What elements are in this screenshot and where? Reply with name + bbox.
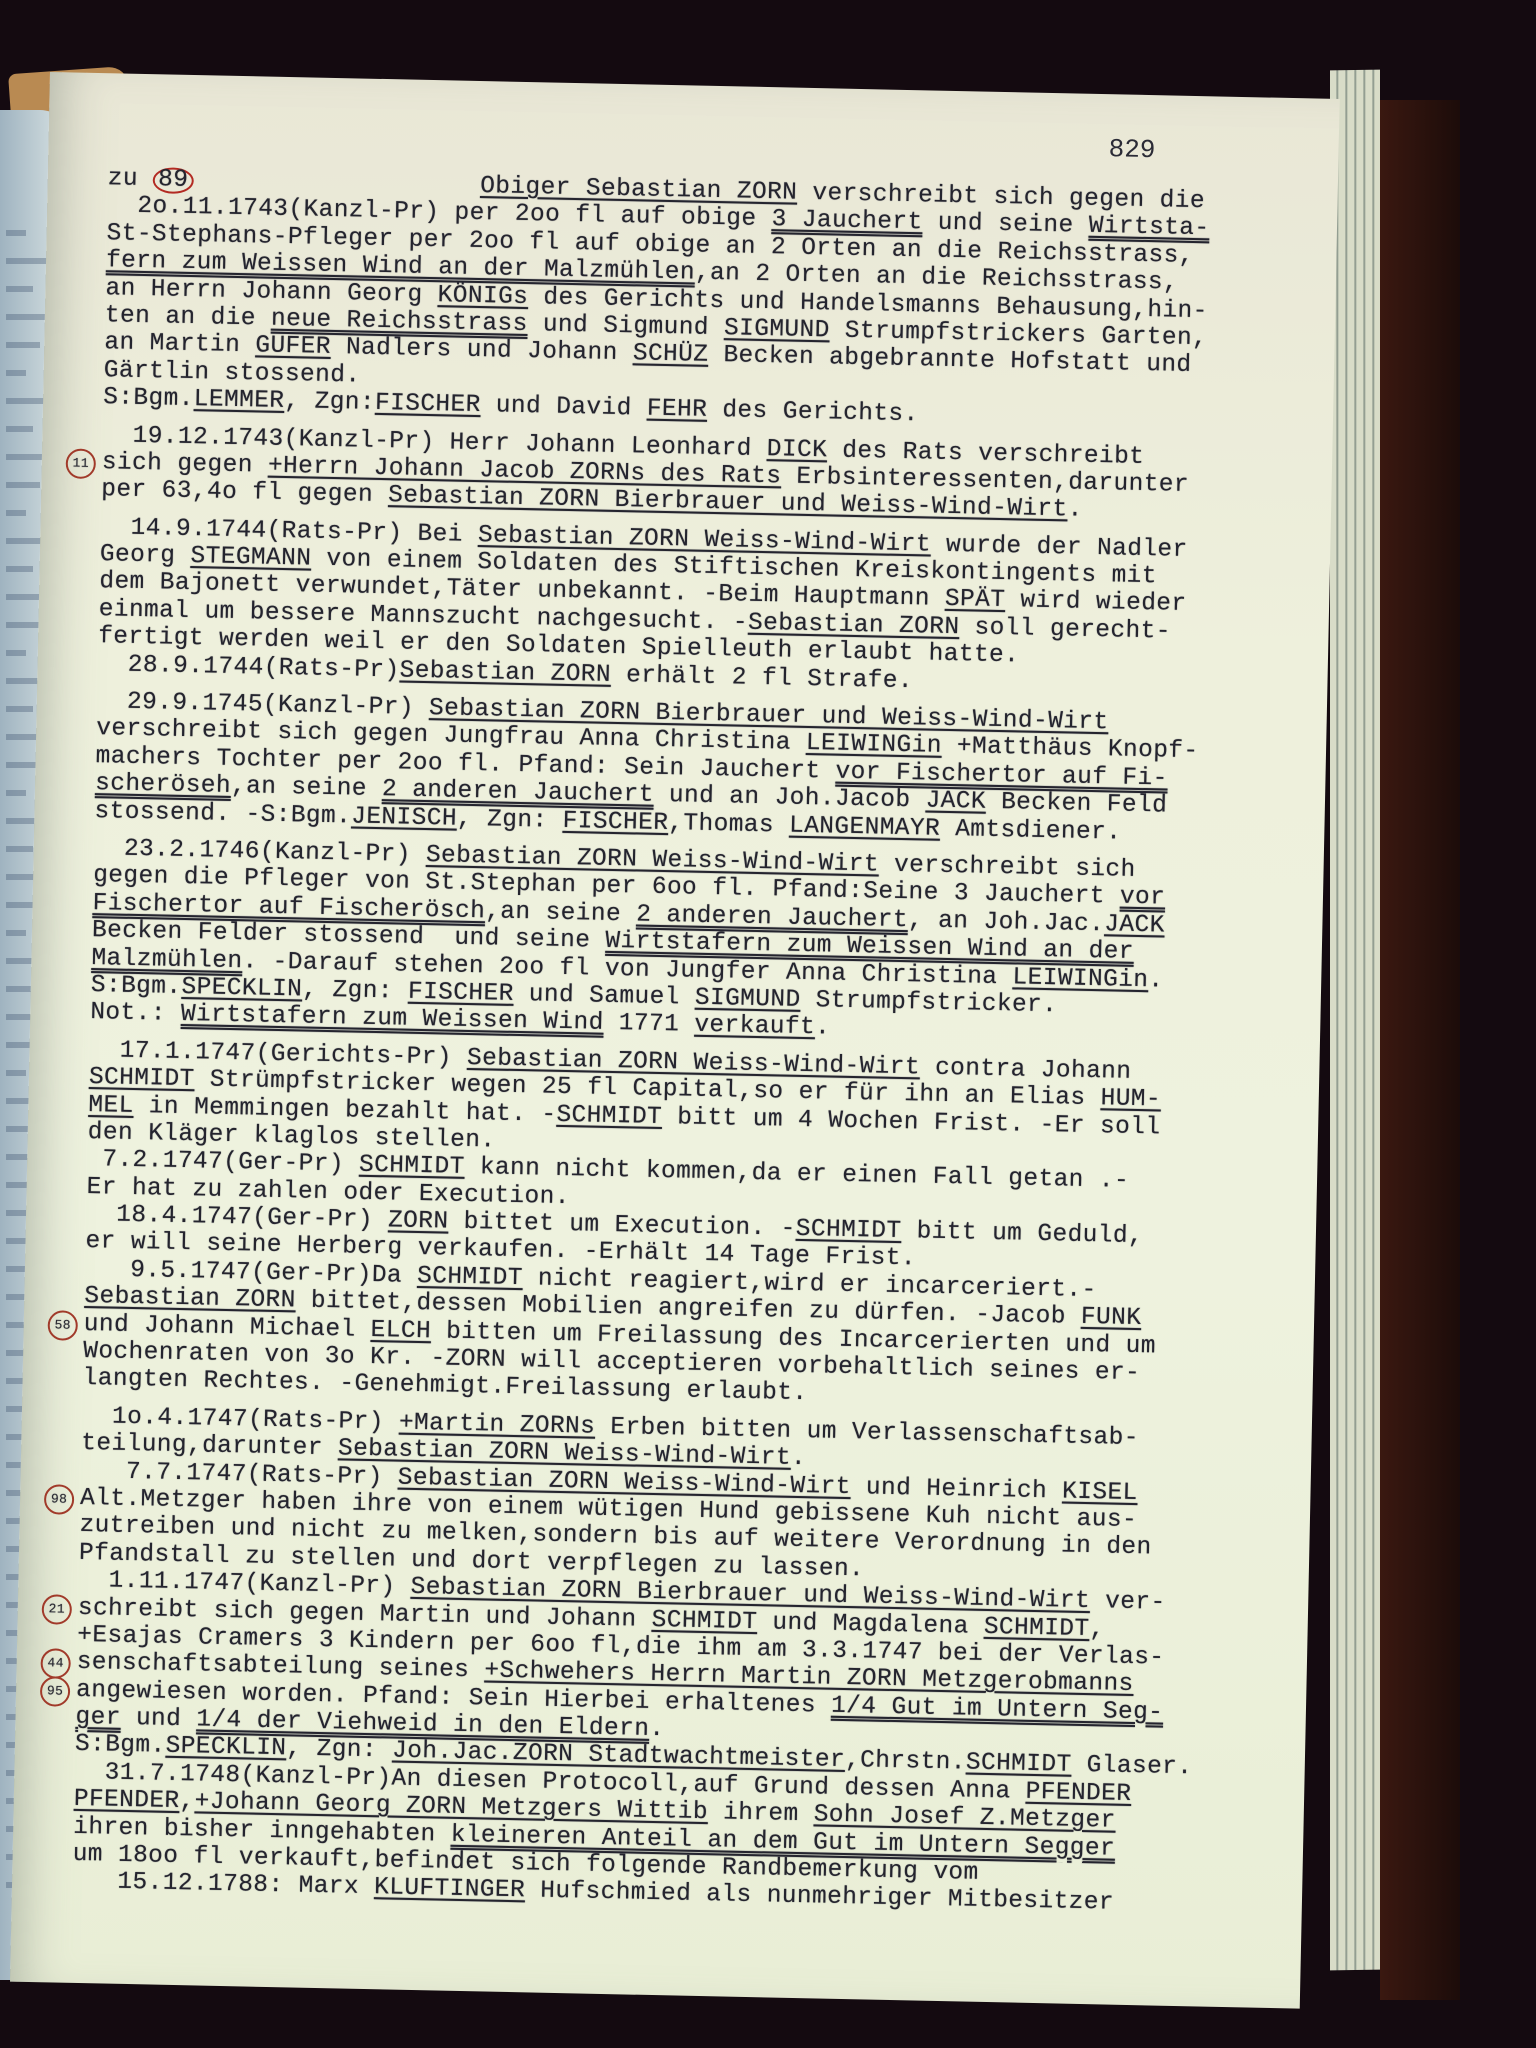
underlined-text: SIGMUND	[695, 985, 801, 1014]
underlined-text: JACK	[1104, 911, 1165, 939]
underlined-text: SCHMIDT	[89, 1064, 195, 1093]
margin-annotation: 21	[42, 1594, 73, 1625]
underlined-text: SCHMIDT	[556, 1101, 662, 1130]
underlined-text: DICK	[766, 436, 827, 464]
text-segment: stossend. -S:Bgm.	[94, 798, 351, 830]
underlined-text: Sebastian ZORN	[399, 657, 611, 688]
margin-annotation: 11	[65, 448, 96, 479]
text-segment: und Heinrich	[850, 1474, 1062, 1505]
margin-annotation: 58	[47, 1310, 78, 1341]
left-page-text-fragment	[6, 370, 26, 376]
underlined-text: SCHMIDT	[984, 1613, 1090, 1642]
underlined-text: SCHMIDT	[359, 1152, 465, 1181]
underlined-text: LEIWINGin	[1012, 964, 1148, 994]
underlined-text: FUNK	[1081, 1304, 1142, 1332]
underlined-text: verkauft	[694, 1012, 815, 1042]
text-segment: ten an die	[105, 302, 272, 332]
underlined-text: vor	[1120, 884, 1166, 912]
text-segment: erhält 2 fl Strafe.	[611, 662, 914, 695]
left-page-text-fragment	[6, 426, 33, 432]
text-segment: und	[121, 1705, 197, 1734]
underlined-text: scheröseh	[95, 770, 231, 800]
underlined-text: LEIWINGin	[806, 730, 942, 760]
underlined-text: SCHÜZ	[633, 341, 709, 370]
text-segment: S:Bgm.	[75, 1731, 166, 1760]
underlined-text: MEL	[88, 1092, 134, 1120]
underlined-text: SCHMIDT	[795, 1216, 901, 1245]
underlined-text: FISCHER	[375, 390, 481, 419]
margin-annotation: 44	[40, 1648, 71, 1679]
underlined-text: ger	[75, 1704, 121, 1732]
text-segment: und David	[480, 392, 647, 422]
left-page-text-fragment	[6, 1210, 26, 1216]
text-segment: und Magdalena	[757, 1609, 984, 1641]
underlined-text: SPÄT	[945, 586, 1006, 614]
underlined-text: SCHMIDT	[651, 1606, 757, 1635]
underlined-text: SIGMUND	[724, 315, 830, 344]
underlined-text: FEHR	[647, 396, 708, 424]
text-segment: Not.:	[90, 999, 181, 1028]
text-segment: Georg	[100, 541, 191, 570]
underlined-text: SCHMIDT	[417, 1263, 523, 1292]
background	[1380, 100, 1460, 2000]
text-segment: , Zgn:	[284, 388, 375, 417]
left-page-text-fragment	[6, 230, 26, 236]
underlined-text: FISCHER	[562, 807, 668, 836]
margin-annotation: 95	[40, 1676, 71, 1707]
left-page-text-fragment	[6, 986, 33, 992]
text-segment: S:Bgm.	[103, 384, 194, 413]
text-segment: .	[815, 1015, 831, 1042]
text-segment: ,an seine	[231, 773, 383, 803]
reference-number: 89	[153, 167, 194, 194]
text-segment: 15.12.1788: Marx	[72, 1868, 375, 1901]
text-segment: zu	[107, 165, 153, 193]
text-segment: .	[1148, 967, 1164, 994]
left-page-text-fragment	[6, 286, 33, 292]
text-segment: .	[1067, 497, 1083, 524]
text-segment: per 63,4o fl gegen	[101, 476, 388, 509]
left-page-text-fragment	[6, 790, 26, 796]
underlined-text: FISCHER	[408, 979, 514, 1008]
underlined-text: STEGMANN	[190, 543, 311, 573]
text-segment: , Zgn:	[286, 1736, 392, 1765]
left-page-text-fragment	[6, 930, 26, 936]
text-segment: , an Joh.Jac.	[908, 907, 1105, 938]
underlined-text: Sebastian ZORN	[748, 610, 960, 641]
underlined-text: 3 Jauchert	[771, 207, 923, 237]
underlined-text: KISEL	[1062, 1478, 1138, 1507]
text-segment: , Zgn:	[457, 805, 563, 834]
text-segment: 1771	[603, 1010, 694, 1039]
underlined-text: GUFER	[255, 333, 331, 362]
text-segment: , Zgn:	[302, 976, 408, 1005]
text-segment: soll gerecht-	[959, 614, 1171, 645]
left-page-text-fragment	[6, 706, 33, 712]
left-page-text-fragment	[6, 258, 47, 264]
underlined-text: KÖNIGs	[437, 282, 528, 311]
page-stack-edge	[1330, 70, 1380, 1971]
underlined-text: +Martin ZORNs	[399, 1409, 596, 1440]
underlined-text: JENISCH	[351, 803, 457, 832]
margin-annotation: 98	[44, 1484, 75, 1515]
underlined-text: JACK	[925, 788, 986, 816]
text-segment: .	[649, 1716, 665, 1743]
typed-text-body: zu 89 Obiger Sebastian ZORN verschreibt …	[72, 165, 1328, 1921]
text-segment: ,Thomas	[668, 810, 789, 840]
text-segment: contra Johann	[920, 1054, 1132, 1085]
text-segment: des Gerichts.	[707, 397, 919, 428]
text-segment: .	[791, 1445, 807, 1472]
text-segment: ver-	[1090, 1588, 1166, 1617]
underlined-text: HUM-	[1100, 1085, 1161, 1113]
underlined-text: ZORN	[388, 1207, 449, 1235]
text-segment: an Martin	[104, 330, 256, 360]
text-segment: S:Bgm.	[91, 972, 182, 1001]
underlined-text: SCHMIDT	[966, 1750, 1072, 1779]
document-page: 829 zu 89 Obiger Sebastian ZORN verschre…	[10, 72, 1340, 2009]
underlined-text: PFENDER	[1025, 1779, 1131, 1808]
underlined-text: Wirtsta-	[1088, 213, 1209, 243]
text-segment: ihrem	[708, 1799, 814, 1828]
left-page-text-fragment	[6, 482, 40, 488]
text-segment: ,	[1089, 1616, 1105, 1643]
text-segment: Amtsdiener.	[940, 815, 1122, 846]
text-segment: und Sigmund	[527, 311, 724, 342]
left-page-text-fragment	[6, 846, 33, 852]
underlined-text: Sebastian ZORN	[84, 1283, 296, 1314]
page-number: 829	[1108, 134, 1155, 165]
underlined-text: SPECKLIN	[165, 1733, 286, 1763]
left-page-text-fragment	[6, 1070, 26, 1076]
text-segment: 28.9.1744(Rats-Pr)	[97, 651, 400, 684]
underlined-text: LANGENMAYR	[789, 812, 941, 842]
underlined-text: KLUFTINGER	[374, 1875, 526, 1905]
left-page-text-fragment	[6, 510, 26, 516]
left-page-text-fragment	[6, 342, 40, 348]
left-page-text-fragment	[6, 566, 33, 572]
underlined-text: SPECKLIN	[181, 974, 302, 1004]
text-segment: ,Chrstn.	[845, 1748, 966, 1778]
text-segment: Glaser.	[1071, 1752, 1192, 1782]
text-segment: und seine	[922, 210, 1089, 240]
underlined-text: Malzmühlen	[91, 945, 243, 975]
left-page-text-fragment	[6, 398, 47, 404]
text-segment: Becken Feld	[986, 789, 1168, 820]
text-segment: und Samuel	[513, 981, 695, 1012]
underlined-text: ELCH	[370, 1317, 431, 1345]
left-page-text-fragment	[6, 650, 26, 656]
text-segment: ,	[179, 1788, 195, 1815]
text-segment: ,an seine	[485, 898, 637, 928]
text-segment: wird wieder	[1005, 588, 1187, 619]
left-page-text-fragment	[6, 622, 40, 628]
underlined-text: PFENDER	[74, 1786, 180, 1815]
underlined-text: LEMMER	[194, 386, 285, 415]
text-segment: sich gegen	[102, 449, 269, 479]
